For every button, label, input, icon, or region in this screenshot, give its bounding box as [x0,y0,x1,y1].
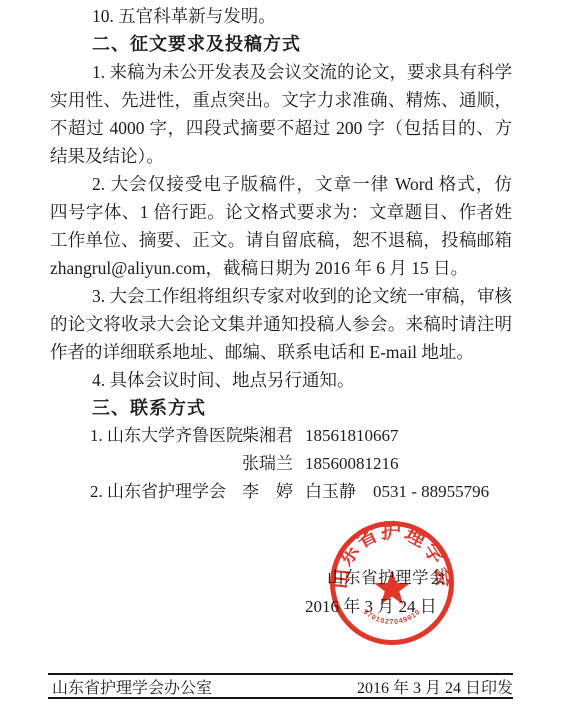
footer-divider-bottom [48,697,513,699]
document-line: 实用性、先进性，重点突出。文字力求准确、精炼、通顺，全文 [50,86,512,114]
contact-org: 1. 山东大学齐鲁医院 [90,422,242,450]
section-heading: 三、联系方式 [50,394,512,422]
contact-row: 2. 山东省护理学会 李 婷 白玉静 0531 - 88955796 [50,478,512,506]
document-line: 1. 来稿为未公开发表及会议交流的论文，要求具有科学性、 [50,58,512,86]
document-line: 10. 五官科革新与发明。 [50,2,512,30]
contact-phone: 18560081216 [305,450,512,478]
contact-row: 1. 山东大学齐鲁医院 柴湘君 18561810667 [50,422,512,450]
document-line: 作者的详细联系地址、邮编、联系电话和 E-mail 地址。 [50,338,512,366]
seal-code: 3701027049010 [362,608,422,626]
document-line-email: zhangrul@aliyun.com，截稿日期为 2016 年 6 月 15 … [50,254,512,282]
contact-org [90,450,242,478]
document-line: 4. 具体会议时间、地点另行通知。 [50,366,512,394]
footer: 山东省护理学会办公室 2016 年 3 月 24 日印发 [48,675,513,697]
document-page: 10. 五官科革新与发明。 二、征文要求及投稿方式 1. 来稿为未公开发表及会议… [0,0,562,704]
section-heading: 二、征文要求及投稿方式 [50,30,512,58]
svg-text:3701027049010: 3701027049010 [362,608,422,626]
document-line: 3. 大会工作组将组织专家对收到的论文统一审稿，审核通过 [50,282,512,310]
document-line: 不超过 4000 字，四段式摘要不超过 200 字（包括目的、方法、 [50,114,512,142]
contact-name: 柴湘君 [242,422,305,450]
contact-phone: 18561810667 [305,422,512,450]
document-line: 2. 大会仅接受电子版稿件，文章一律 Word 格式，仿宋、小 [50,170,512,198]
document-body: 10. 五官科革新与发明。 二、征文要求及投稿方式 1. 来稿为未公开发表及会议… [50,2,512,506]
official-seal: 山东省护理学会 3701027049010 [322,513,462,653]
document-line: 工作单位、摘要、正文。请自留底稿，恕不退稿，投稿邮箱为 [50,226,512,254]
contact-name: 张瑞兰 [242,450,305,478]
document-line: 的论文将收录大会论文集并通知投稿人参会。来稿时请注明第一 [50,310,512,338]
footer-print-date: 2016 年 3 月 24 日印发 [357,675,513,698]
contact-name: 李 婷 [242,478,305,506]
contact-row: 张瑞兰 18560081216 [50,450,512,478]
footer-issuing-office: 山东省护理学会办公室 [48,675,212,698]
document-line: 结果及结论）。 [50,142,512,170]
contact-org: 2. 山东省护理学会 [90,478,242,506]
seal-star-icon [374,570,410,604]
contact-phone: 白玉静 0531 - 88955796 [305,478,512,506]
document-line: 四号字体、1 倍行距。论文格式要求为：文章题目、作者姓名、 [50,198,512,226]
